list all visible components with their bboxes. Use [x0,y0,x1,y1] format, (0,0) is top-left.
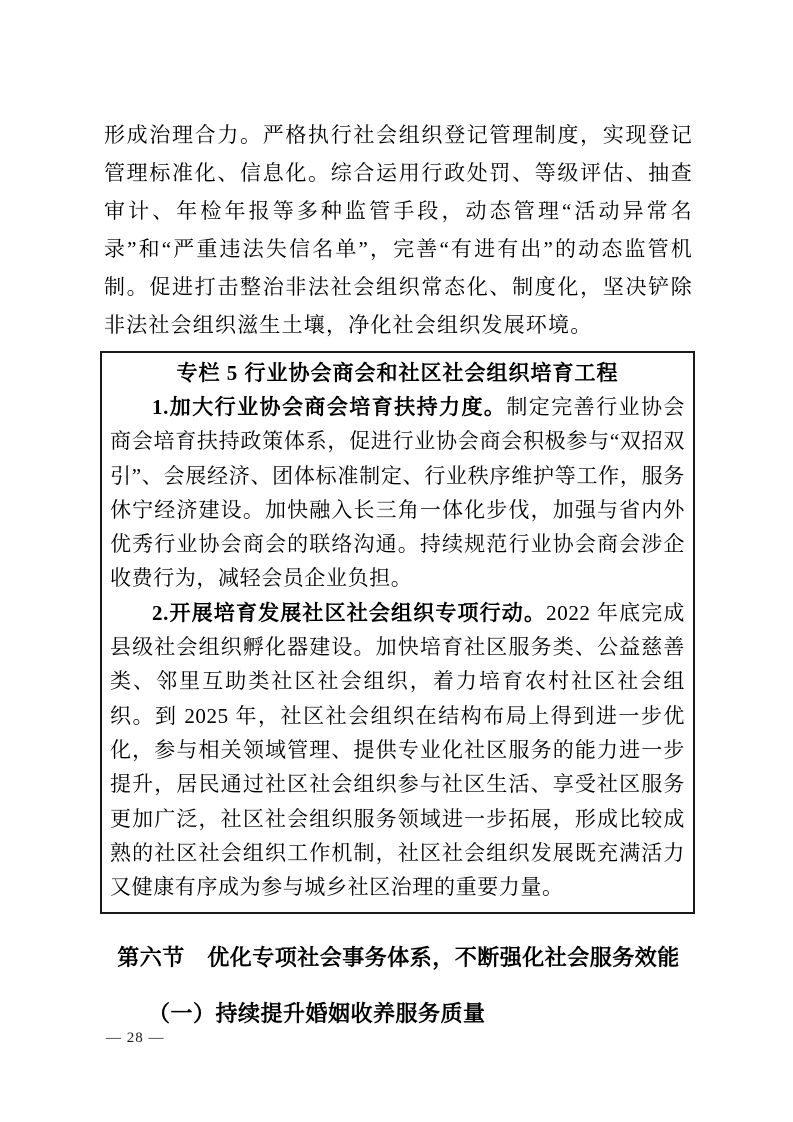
column-box: 专栏 5 行业协会商会和社区社会组织培育工程 1.加大行业协会商会培育扶持力度。… [100,351,695,914]
column-box-title: 专栏 5 行业协会商会和社区社会组织培育工程 [110,356,685,390]
section-heading: 第六节 优化专项社会事务体系，不断强化社会服务效能 [104,938,693,978]
column-box-item-1-text: 制定完善行业协会商会培育扶持政策体系，促进行业协会商会积极参与“双招双引”、会展… [110,395,685,590]
column-box-item-2-lead: 2.开展培育发展社区社会组织专项行动。 [152,601,546,625]
column-box-item-2-text: 2022 年底完成县级社会组织孵化器建设。加快培育社区服务类、公益慈善类、邻里互… [110,601,685,899]
column-box-item-2: 2.开展培育发展社区社会组织专项行动。2022 年底完成县级社会组织孵化器建设。… [110,596,685,905]
document-page: 形成治理合力。严格执行社会组织登记管理制度，实现登记管理标准化、信息化。综合运用… [0,0,793,1122]
body-paragraph: 形成治理合力。严格执行社会组织登记管理制度，实现登记管理标准化、信息化。综合运用… [104,116,693,344]
subsection-heading: （一）持续提升婚姻收养服务质量 [104,994,693,1034]
column-box-item-1-lead: 1.加大行业协会商会培育扶持力度。 [152,395,506,419]
page-number: — 28 — [106,1030,165,1047]
page-content: 形成治理合力。严格执行社会组织登记管理制度，实现登记管理标准化、信息化。综合运用… [104,116,693,1034]
column-box-item-1: 1.加大行业协会商会培育扶持力度。制定完善行业协会商会培育扶持政策体系，促进行业… [110,390,685,596]
